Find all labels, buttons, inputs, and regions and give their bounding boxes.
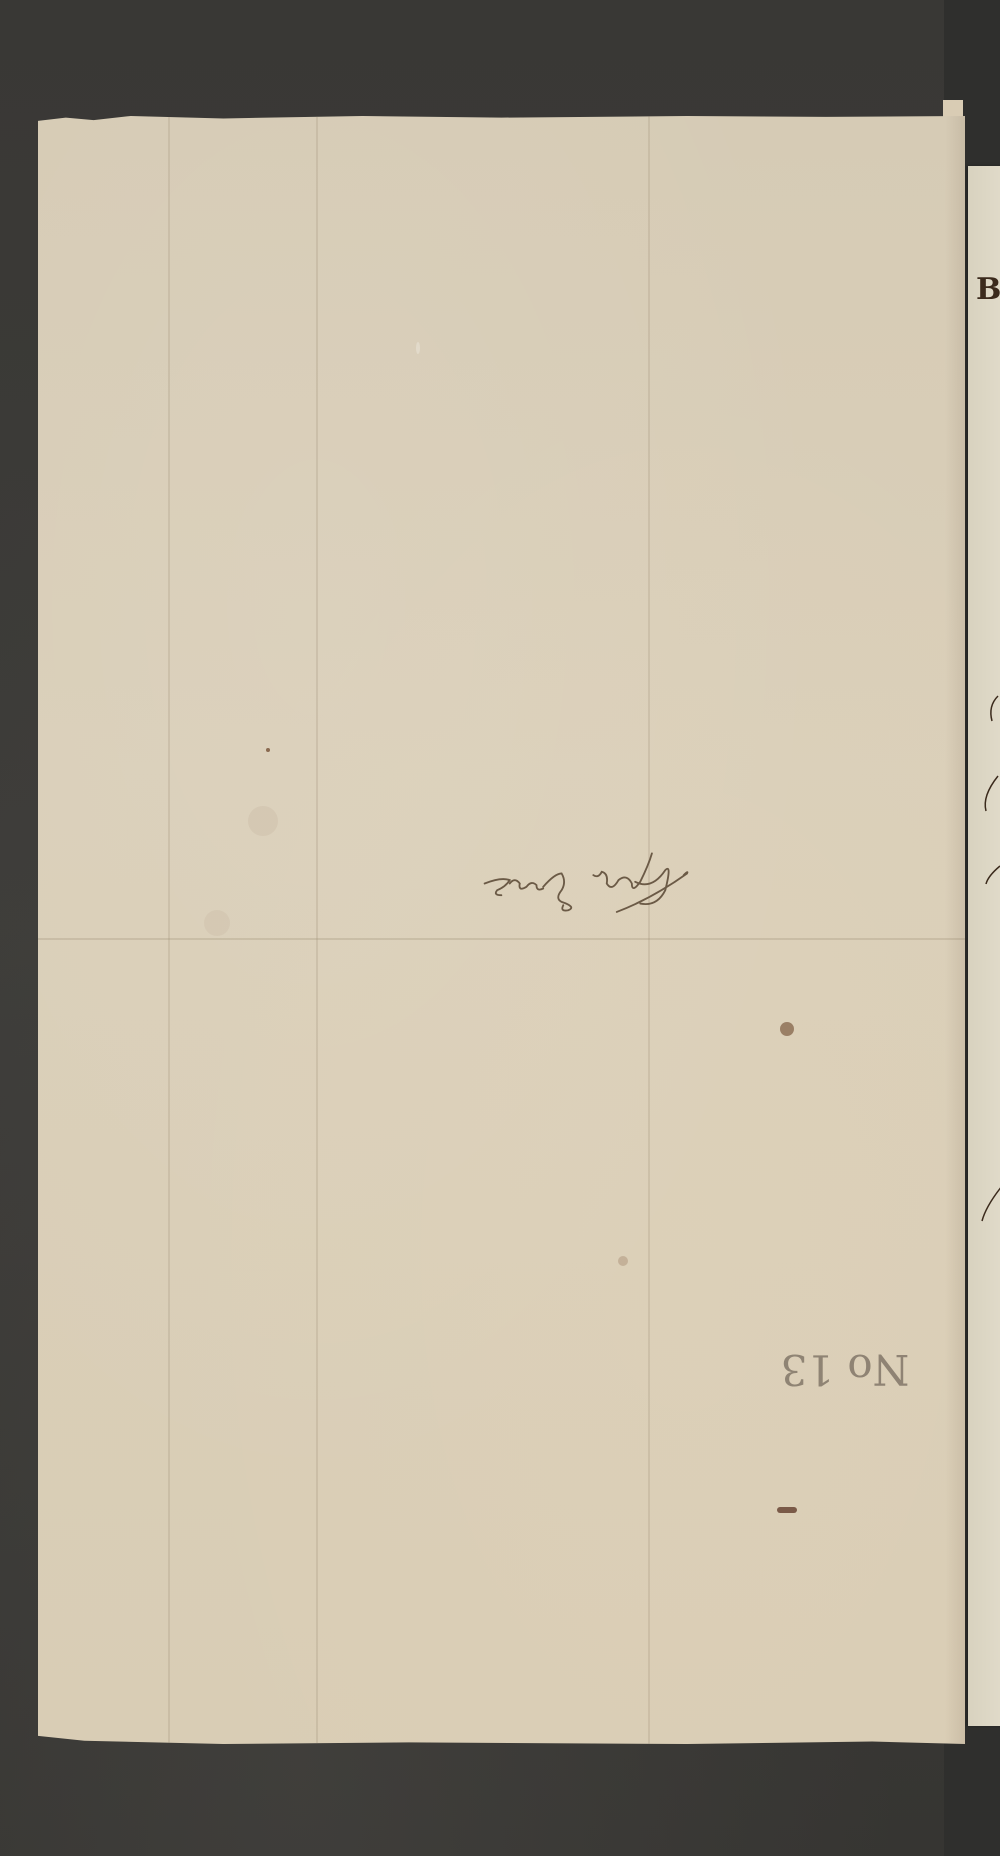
upside-down-signature [455, 840, 715, 932]
page-edge-shadow [945, 116, 965, 1744]
facing-page-ink-strokes [968, 166, 1000, 1726]
stain [204, 910, 230, 936]
stain [266, 748, 270, 752]
stain [248, 806, 278, 836]
fold-crease [316, 116, 318, 1744]
shelfmark-pencil: No 13 [775, 1345, 915, 1395]
fold-crease-horizontal [38, 938, 965, 940]
facing-page-edge: B [968, 166, 1000, 1726]
ink-mark [777, 1507, 797, 1513]
stain [416, 342, 420, 354]
stain [618, 1256, 628, 1266]
stain [780, 1022, 794, 1036]
fold-crease [168, 116, 170, 1744]
